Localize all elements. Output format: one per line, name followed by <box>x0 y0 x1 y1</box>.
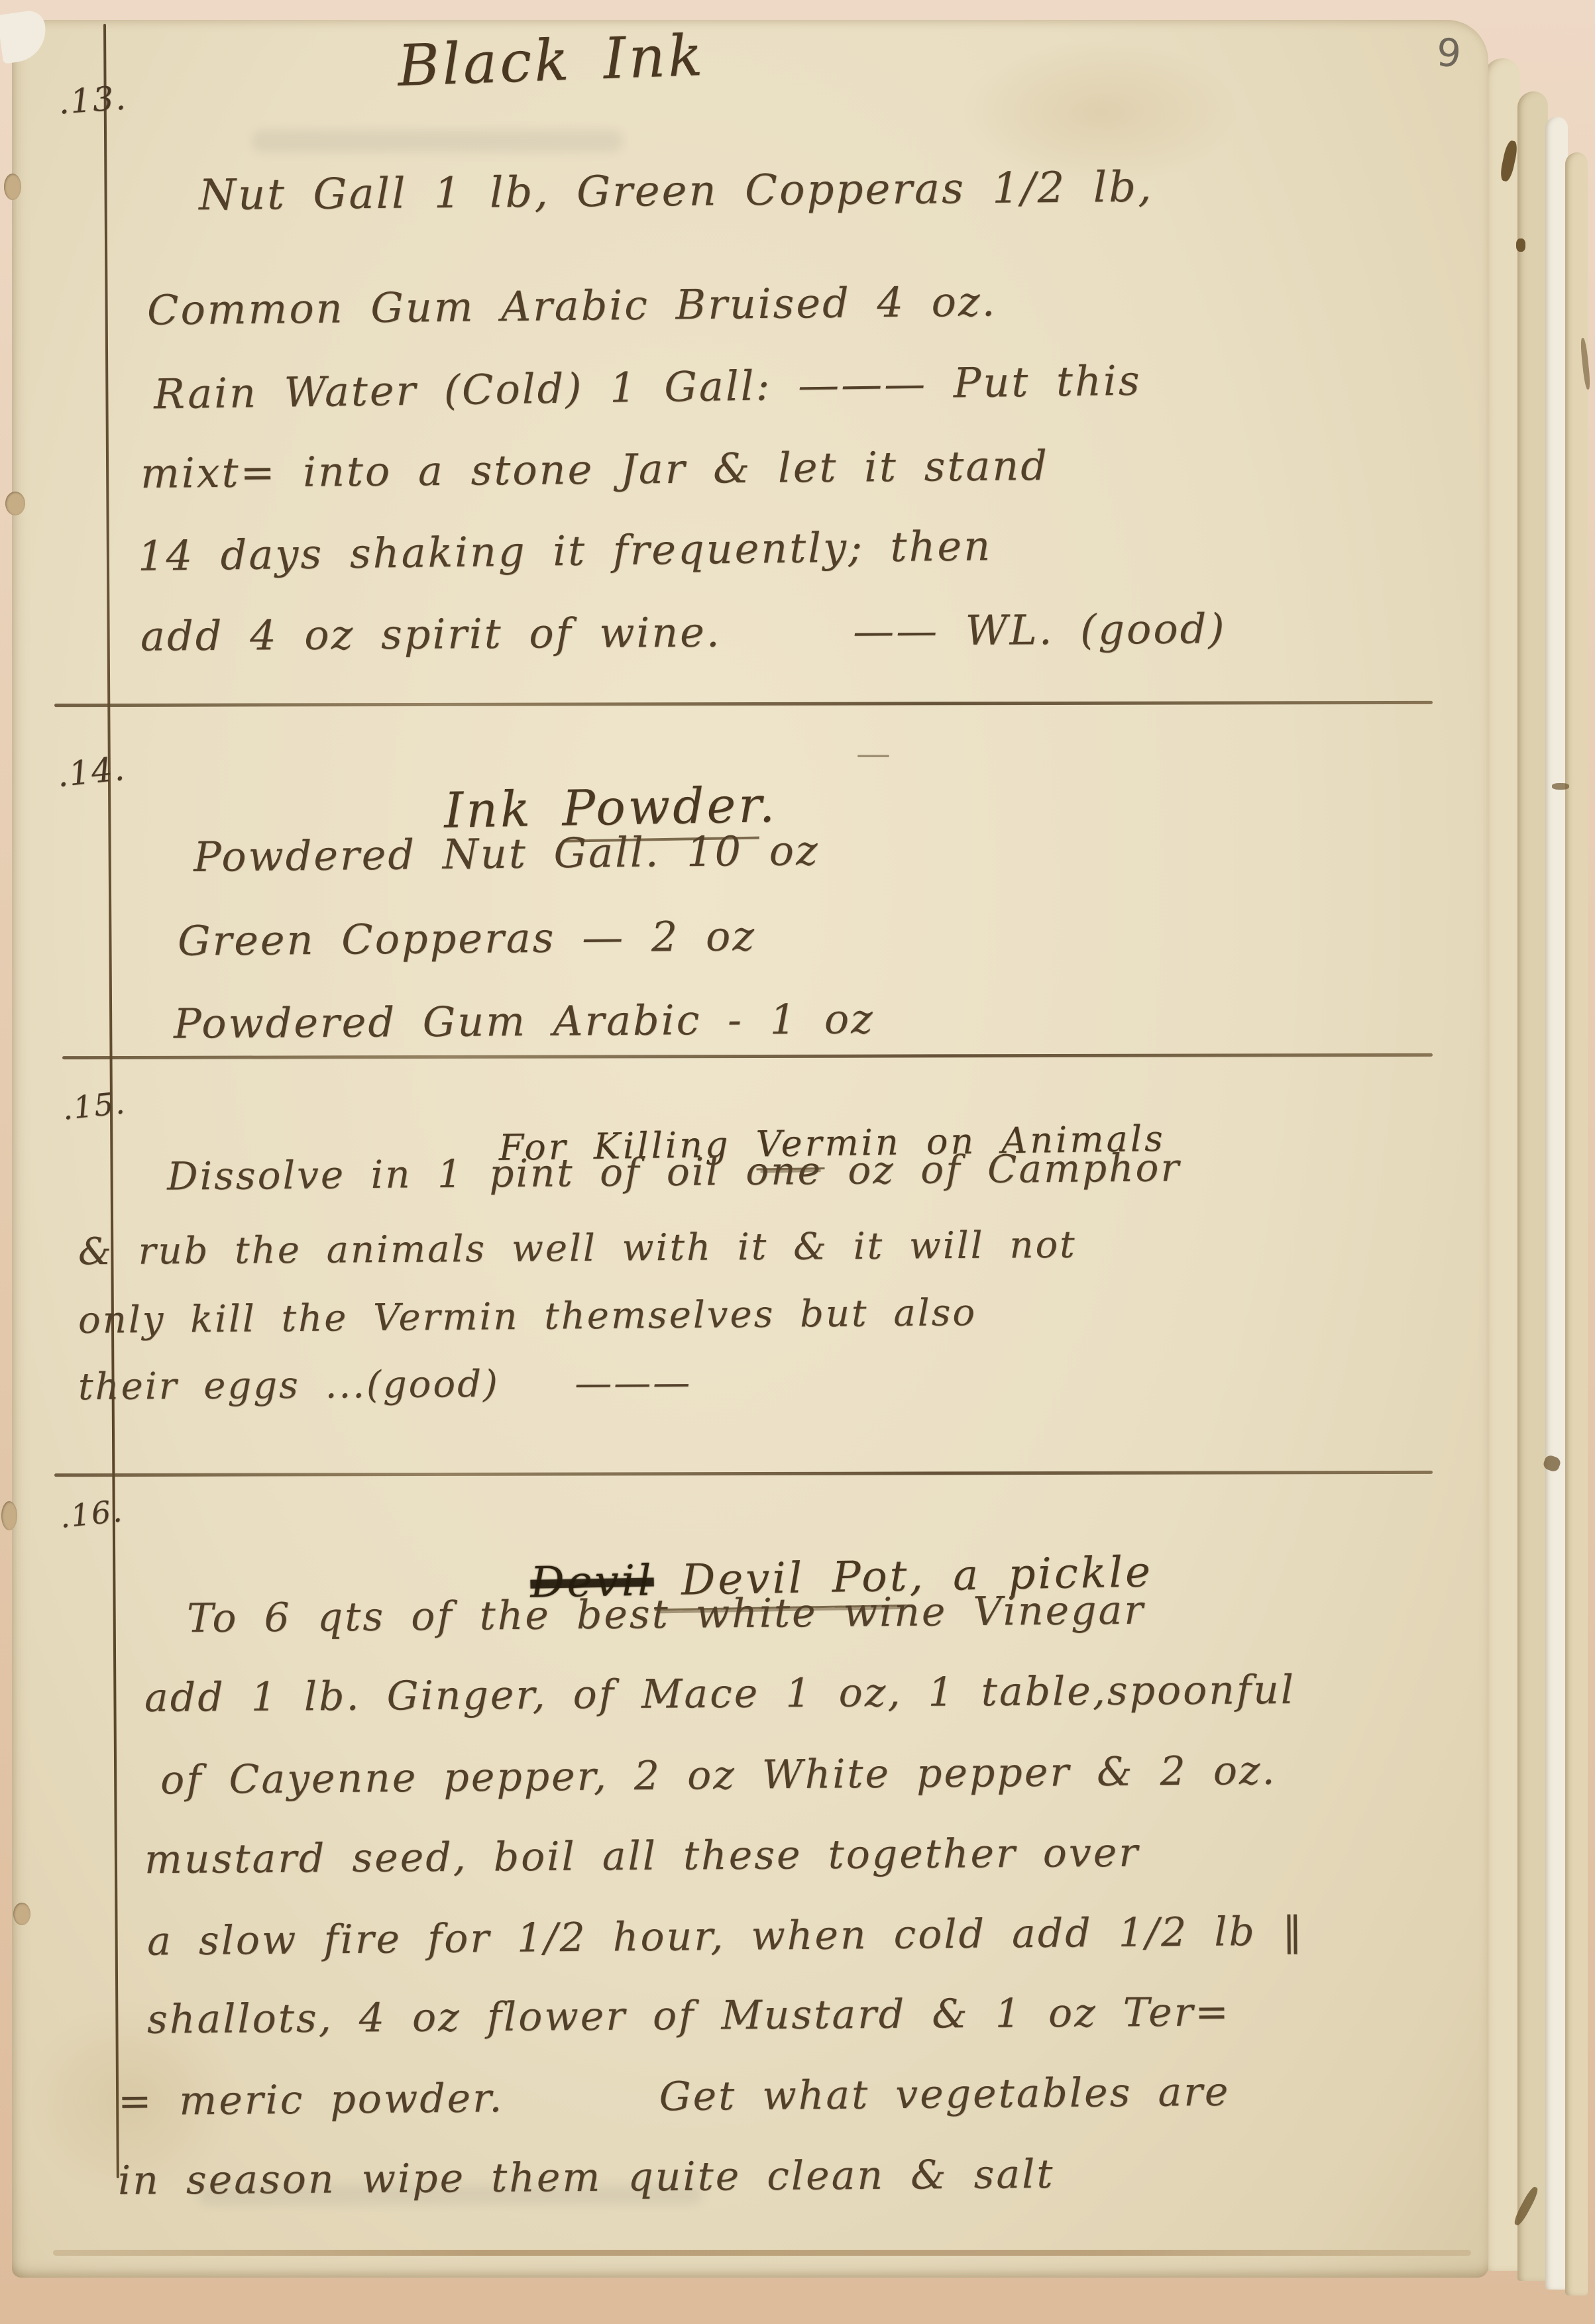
ink-mark <box>1552 783 1569 790</box>
wormhole <box>5 492 25 515</box>
page-edge-stack <box>1483 58 1520 2271</box>
entry-number-15: .15. <box>60 1084 127 1127</box>
manuscript-line: & rub the animals well with it & it will… <box>78 1224 1077 1274</box>
page-edge-stack <box>1545 117 1568 2290</box>
manuscript-line: Powdered Gum Arabic - 1 oz <box>174 994 875 1047</box>
manuscript-line: shallots, 4 oz flower of Mustard & 1 oz … <box>147 1989 1231 2042</box>
manuscript-line: = meric powder. Get what vegetables are <box>118 2069 1231 2125</box>
manuscript-line: only kill the Vermin themselves but also <box>78 1291 977 1342</box>
page-bottom-edge <box>53 2250 1471 2256</box>
manuscript-line: Common Gum Arabic Bruised 4 oz. <box>147 277 997 334</box>
wormhole <box>13 1903 30 1925</box>
entry-13-title: Black Ink <box>396 23 706 99</box>
ink-mark <box>1516 238 1525 252</box>
manuscript-line: To 6 qts of the best white wine Vinegar <box>187 1587 1146 1642</box>
manuscript-line: their eggs ...(good) ——— <box>78 1361 692 1408</box>
manuscript-line: Dissolve in 1 pint of oil one oz of Camp… <box>167 1145 1182 1198</box>
page-edge-stack <box>1565 152 1588 2296</box>
title-dash: — <box>856 734 891 774</box>
page-number: 9 <box>1435 30 1463 76</box>
manuscript-line: Nut Gall 1 lb, Green Copperas 1/2 lb, <box>199 163 1154 221</box>
manuscript-line: of Cayenne pepper, 2 oz White pepper & 2… <box>160 1748 1277 1804</box>
manuscript-line: Green Copperas — 2 oz <box>178 912 757 965</box>
wormhole <box>4 174 21 200</box>
entry-14-title-suffix: . <box>759 776 778 833</box>
page-edge-stack <box>1517 91 1548 2281</box>
manuscript-line: mustard seed, boil all these together ov… <box>144 1830 1140 1883</box>
manuscript-scan: 9 .13. Black Ink Nut Gall 1 lb, Green Co… <box>0 0 1595 2324</box>
show-through-smudge <box>252 130 623 152</box>
manuscript-line: in season wipe them quite clean & salt <box>118 2151 1055 2204</box>
manuscript-line: add 4 oz spirit of wine. —— WL. (good) <box>140 604 1227 660</box>
entry-number-13: .13. <box>57 78 128 121</box>
wormhole <box>1 1501 17 1530</box>
entry-number-16: .16. <box>58 1493 125 1535</box>
entry-number-14: .14. <box>55 749 127 794</box>
manuscript-line: add 1 lb. Ginger, of Mace 1 oz, 1 table,… <box>144 1667 1295 1721</box>
manuscript-line: Powdered Nut Gall. 10 oz <box>193 826 820 881</box>
manuscript-line: mixt= into a stone Jar & let it stand <box>140 441 1049 498</box>
